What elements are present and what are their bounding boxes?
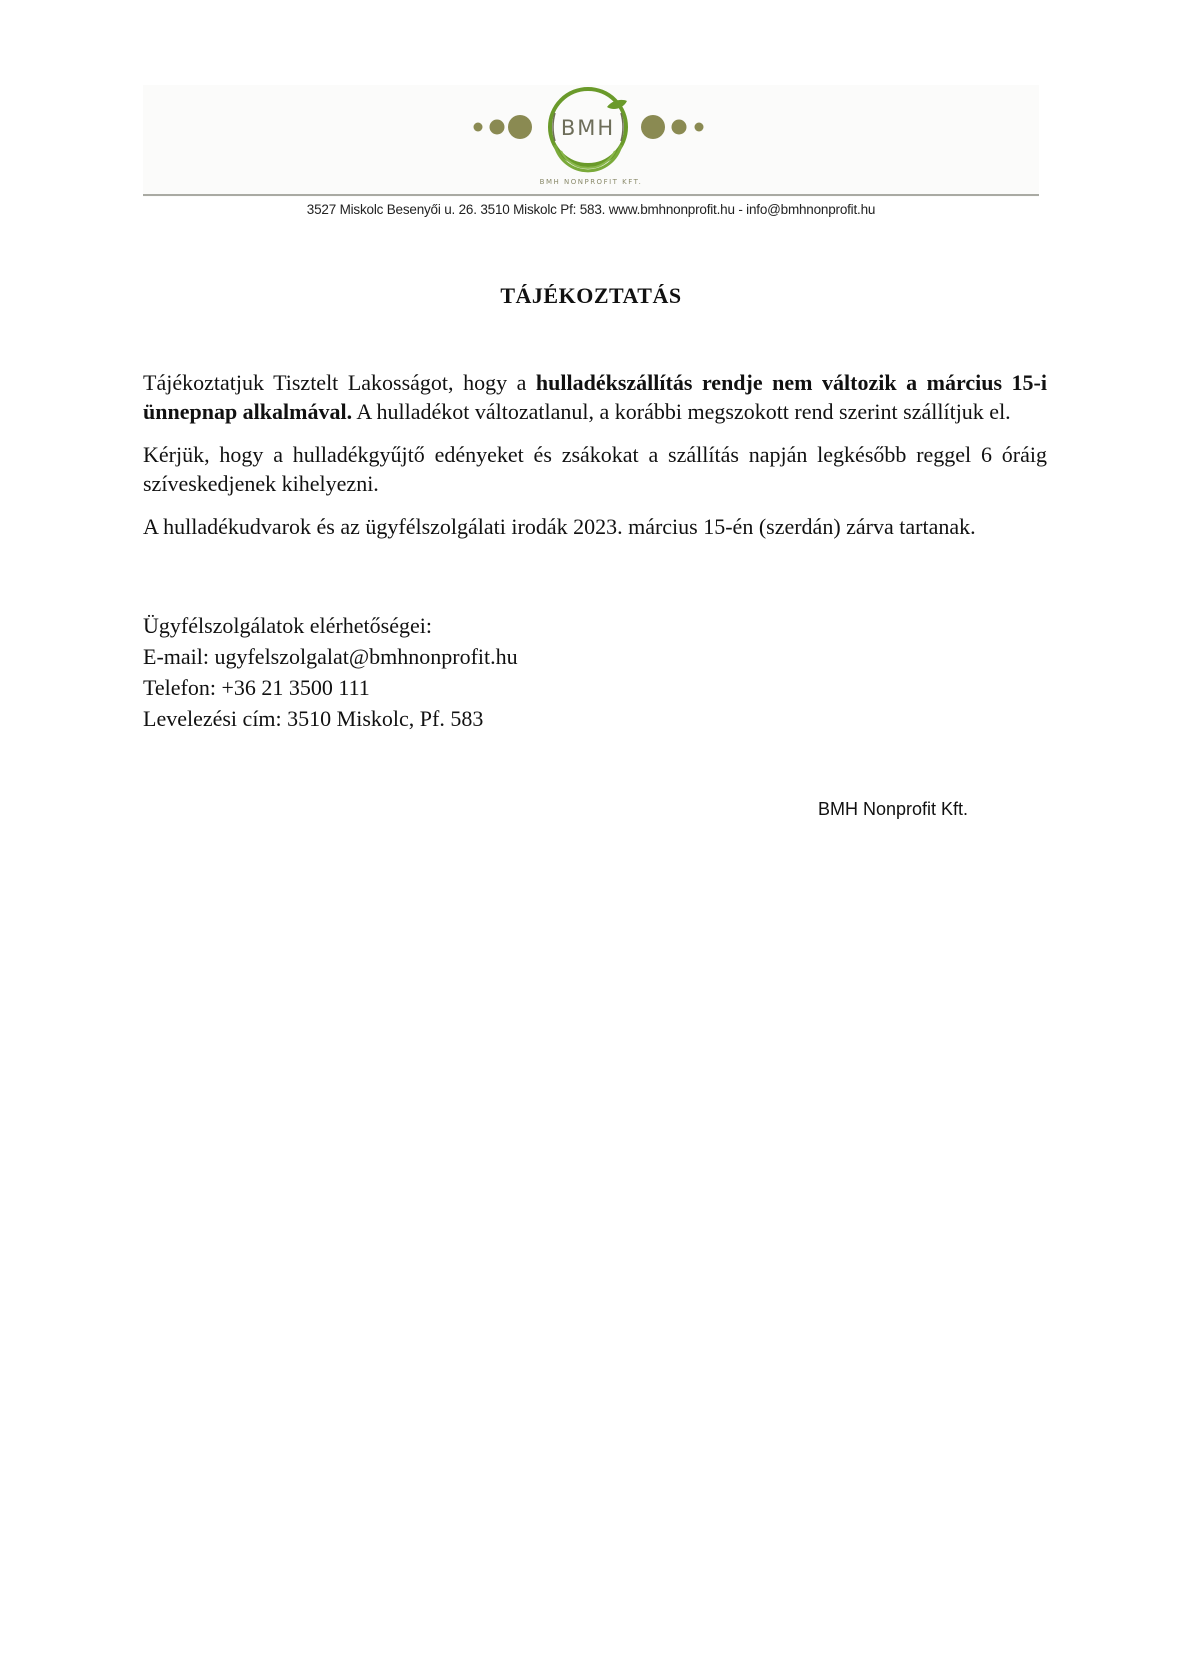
signature: BMH Nonprofit Kft. xyxy=(818,799,968,820)
paragraph-text: Tájékoztatjuk Tisztelt Lakosságot, hogy … xyxy=(143,370,536,395)
paragraph-text: A hulladékot változatlanul, a korábbi me… xyxy=(352,399,1011,424)
contact-postal-address: Levelezési cím: 3510 Miskolc, Pf. 583 xyxy=(143,703,518,734)
document-title: TÁJÉKOZTATÁS xyxy=(0,283,1182,309)
paragraph-bins: Kérjük, hogy a hulladékgyűjtő edényeket … xyxy=(143,440,1047,498)
notice-body: Tájékoztatjuk Tisztelt Lakosságot, hogy … xyxy=(143,368,1047,555)
paragraph-schedule: Tájékoztatjuk Tisztelt Lakosságot, hogy … xyxy=(143,368,1047,426)
svg-text:BMH: BMH xyxy=(561,116,615,140)
contact-block: Ügyfélszolgálatok elérhetőségei: E-mail:… xyxy=(143,610,518,734)
company-address-line: 3527 Miskolc Besenyői u. 26. 3510 Miskol… xyxy=(0,202,1182,217)
contact-email: E-mail: ugyfelszolgalat@bmhnonprofit.hu xyxy=(143,641,518,672)
document-page: BMH BMH NONPROFIT KFT. 3527 Miskolc Bese… xyxy=(0,0,1182,1668)
contact-phone: Telefon: +36 21 3500 111 xyxy=(143,672,518,703)
letterhead: BMH BMH NONPROFIT KFT. xyxy=(143,85,1039,197)
header-divider xyxy=(143,194,1039,196)
contact-heading: Ügyfélszolgálatok elérhetőségei: xyxy=(143,610,518,641)
company-tagline: BMH NONPROFIT KFT. xyxy=(143,178,1039,186)
paragraph-closures: A hulladékudvarok és az ügyfélszolgálati… xyxy=(143,512,1047,541)
